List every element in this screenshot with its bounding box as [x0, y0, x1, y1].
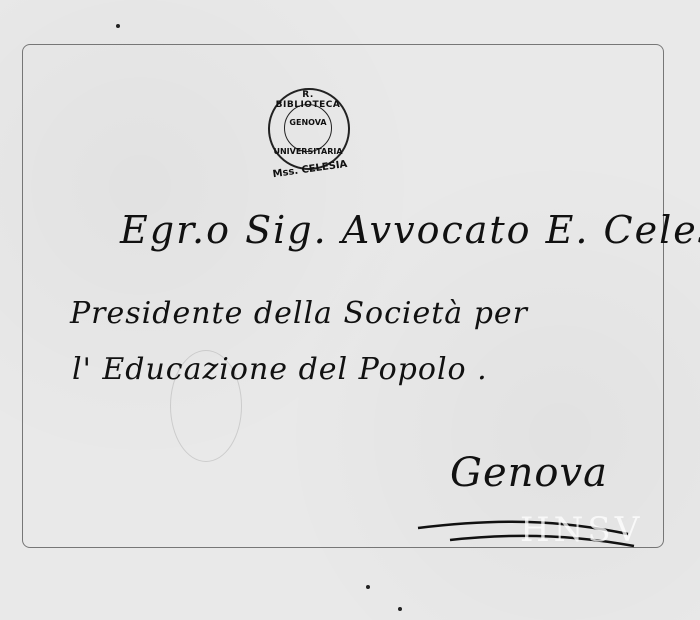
envelope-paper: R. BIBLIOTECA GENOVA UNIVERSITARIA Mss. …: [0, 0, 700, 620]
ink-spot: [366, 585, 370, 589]
watermark: HNSV: [520, 510, 643, 550]
ink-spot: [398, 607, 402, 611]
ink-spot: [116, 24, 120, 28]
